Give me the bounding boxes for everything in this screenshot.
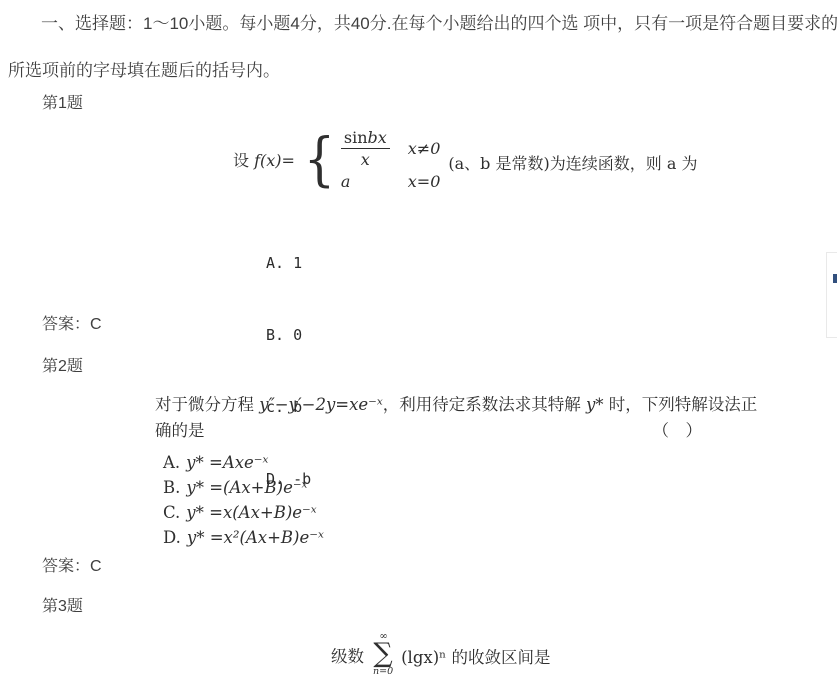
floating-side-toolbar[interactable] [826,252,837,338]
question-2-answer: 答案：C [42,557,102,577]
condition-x-not-zero: x≠0 [408,139,441,158]
question-2-options: A.y* =Axe⁻ˣ B.y* =(Ax+B)e⁻ˣ C.y* =x(Ax+B… [163,450,324,550]
sigma-icon: ∑ [373,641,392,667]
intro-line-1: 一、选择题：1～10小题。每小题4分，共40分.在每个小题给出的四个选 项中，只… [8,0,831,47]
summation-symbol: ∞ ∑ n=0 [373,633,393,676]
question-3-formula: 级数 ∞ ∑ n=0 (lgx)ⁿ 的收敛区间是 [331,633,551,676]
question-3-label: 第3题 [42,597,83,617]
q2-option-c: C.y* =x(Ax+B)e⁻ˣ [163,500,324,525]
question-2-stem: 对于微分方程 y″−y′−2y=xe⁻ˣ，利用待定系数法求其特解 y* 时，下列… [155,392,702,444]
question-1-label: 第1题 [42,94,83,114]
piecewise-cases: sinbx x x≠0 a x=0 [341,128,441,191]
fraction-denominator: x [341,149,390,169]
q2-stem-line-2-text: 确的是 [155,418,205,444]
condition-x-zero: x=0 [408,172,441,191]
q2-option-d: D.y* =x²(Ax+B)e⁻ˣ [163,525,324,550]
fraction-numerator: sinbx [341,128,390,149]
question-1-formula: 设 f(x)= { sinbx x x≠0 a x=0 (a、b 是常数)为连续… [233,127,697,191]
question-1-answer: 答案：C [42,315,102,335]
toolbar-mini-icon [833,274,837,283]
q2-stem-line-1: 对于微分方程 y″−y′−2y=xe⁻ˣ，利用待定系数法求其特解 y* 时，下列… [155,392,702,418]
summation-lower-limit: n=0 [373,667,393,676]
q1-option-a: A. 1 [266,251,311,275]
intro-line-2: 所选项前的字母填在题后的括号内。 [8,47,831,94]
q1-option-b: B. 0 [266,323,311,347]
exam-page: 一、选择题：1～10小题。每小题4分，共40分.在每个小题给出的四个选 项中，只… [0,0,837,683]
piecewise-brace: { [304,129,335,189]
q3-formula-after: (lgx)ⁿ 的收敛区间是 [401,644,550,668]
q3-formula-before: 级数 [331,643,364,667]
q2-option-a: A.y* =Axe⁻ˣ [163,450,324,475]
section-intro: 一、选择题：1～10小题。每小题4分，共40分.在每个小题给出的四个选 项中，只… [8,0,831,94]
case-a-value: a [341,172,390,191]
q2-stem-line-2: 确的是 （ ） [155,418,702,444]
q1-formula-suffix: (a、b 是常数)为连续函数，则 a 为 [448,151,697,174]
question-2-label: 第2题 [42,357,83,377]
q2-option-b: B.y* =(Ax+B)e⁻ˣ [163,475,324,500]
q1-formula-lead: 设 f(x)= [233,148,295,171]
answer-bracket: （ ） [653,418,703,444]
fraction-sinbx-over-x: sinbx x [341,128,390,169]
